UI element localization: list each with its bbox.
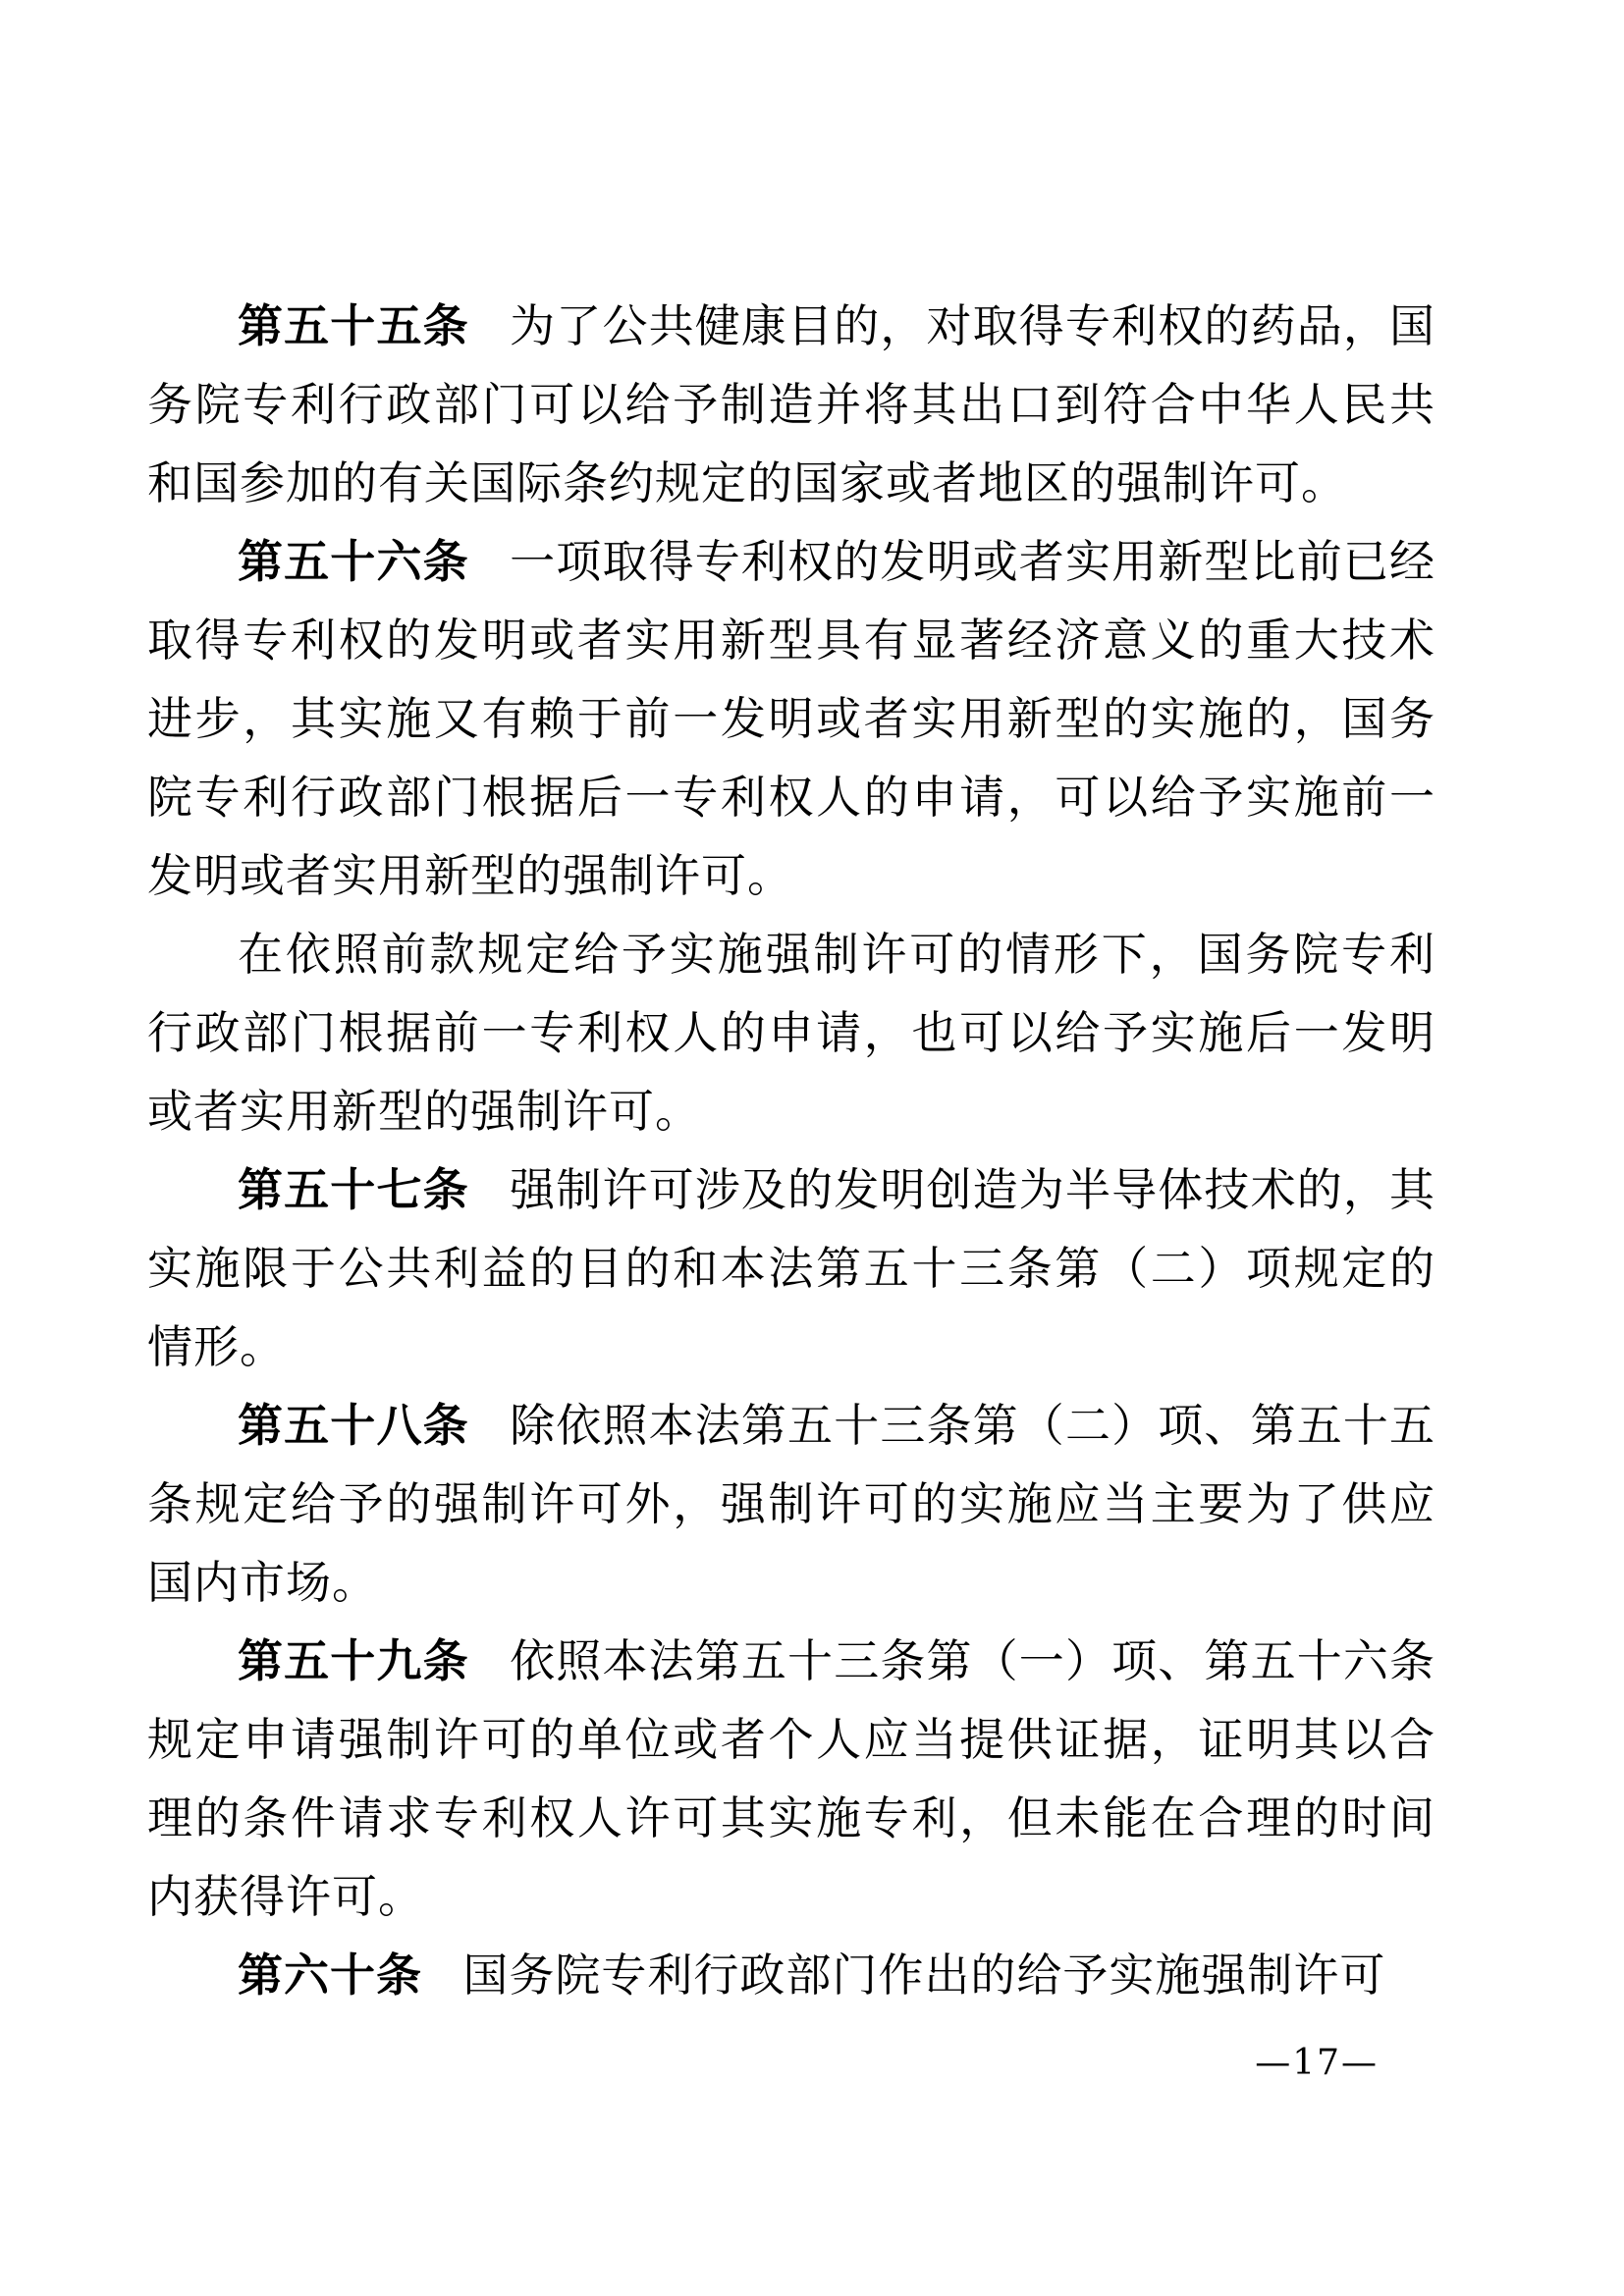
article-60-number: 第六十条 — [238, 1949, 422, 2002]
article-59-paragraph: 第五十九条依照本法第五十三条第（一）项、第五十六条规定申请强制许可的单位或者个人… — [147, 1622, 1435, 1936]
article-56-number: 第五十六条 — [238, 535, 469, 588]
article-55-paragraph: 第五十五条为了公共健康目的，对取得专利权的药品，国务院专利行政部门可以给予制造并… — [147, 287, 1435, 522]
article-58-paragraph: 第五十八条除依照本法第五十三条第（二）项、第五十五条规定给予的强制许可外，强制许… — [147, 1386, 1435, 1622]
document-body: 第五十五条为了公共健康目的，对取得专利权的药品，国务院专利行政部门可以给予制造并… — [147, 287, 1435, 2014]
article-56-text-1: 一项取得专利权的发明或者实用新型比前已经取得专利权的发明或者实用新型具有显著经济… — [147, 535, 1435, 902]
article-59-number: 第五十九条 — [238, 1634, 469, 1687]
article-60-text: 国务院专利行政部门作出的给予实施强制许可 — [462, 1949, 1385, 2002]
article-55-number: 第五十五条 — [238, 299, 469, 352]
article-60-paragraph: 第六十条国务院专利行政部门作出的给予实施强制许可 — [147, 1936, 1435, 2014]
article-56-text-2: 在依照前款规定给予实施强制许可的情形下，国务院专利行政部门根据前一专利权人的申请… — [147, 928, 1435, 1138]
document-page: 第五十五条为了公共健康目的，对取得专利权的药品，国务院专利行政部门可以给予制造并… — [0, 0, 1624, 2296]
page-number: —17— — [1255, 2044, 1379, 2083]
article-56-paragraph-2: 在依照前款规定给予实施强制许可的情形下，国务院专利行政部门根据前一专利权人的申请… — [147, 915, 1435, 1150]
article-57-number: 第五十七条 — [238, 1163, 469, 1216]
article-57-paragraph: 第五十七条强制许可涉及的发明创造为半导体技术的，其实施限于公共利益的目的和本法第… — [147, 1150, 1435, 1386]
article-56-paragraph-1: 第五十六条一项取得专利权的发明或者实用新型比前已经取得专利权的发明或者实用新型具… — [147, 522, 1435, 915]
article-58-number: 第五十八条 — [238, 1399, 469, 1452]
